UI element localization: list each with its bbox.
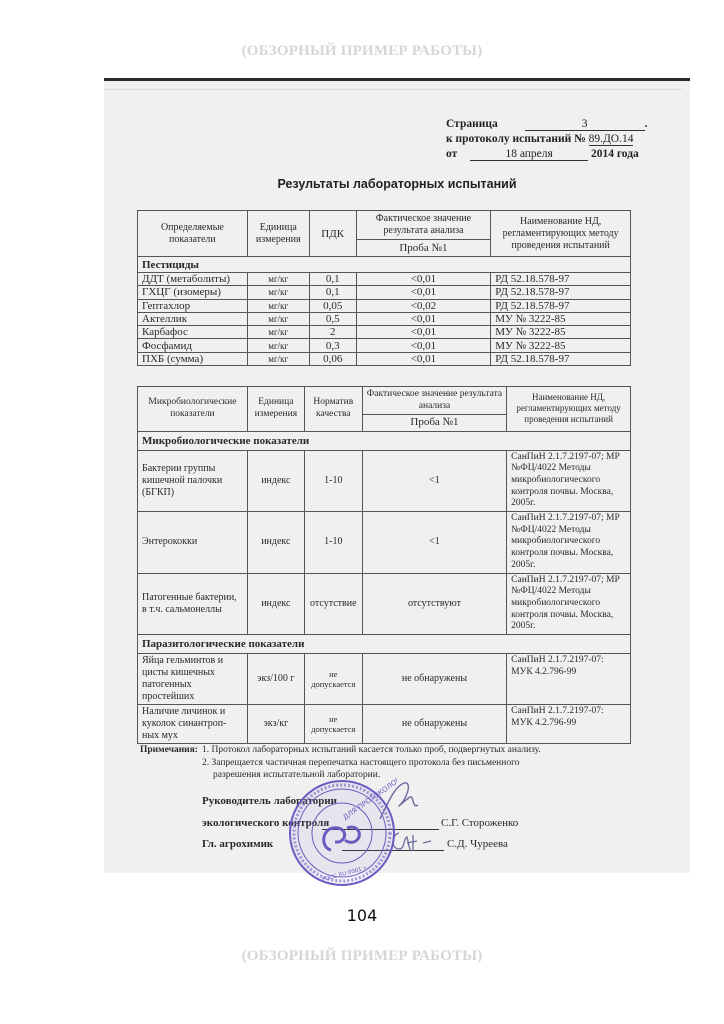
cell-name: Карбафос	[138, 326, 248, 339]
cell-limit: 0,5	[309, 312, 356, 325]
cell-limit: 0,1	[309, 273, 356, 286]
cell-value: <1	[362, 512, 506, 574]
protocol-number: 89.ДО.14	[589, 133, 634, 146]
col-unit: Единица измерения	[247, 211, 309, 257]
cell-norm: 1-10	[304, 512, 362, 574]
cell-unit: индекс	[247, 450, 304, 512]
cell-name: ДДТ (метаболиты)	[138, 273, 248, 286]
page-value: 3	[525, 118, 645, 131]
cell-method: РД 52.18.578-97	[491, 286, 631, 299]
col-method: Наименование НД, регламентирующих методу…	[491, 211, 631, 257]
table-row: Наличие личинок и куколок синантроп-ных …	[138, 705, 631, 744]
watermark-top: (ОБЗОРНЫЙ ПРИМЕР РАБОТЫ)	[0, 43, 724, 60]
notes-label: Примечания:	[140, 744, 198, 757]
cell-unit: мг/кг	[247, 339, 309, 352]
cell-value: <0,01	[356, 273, 491, 286]
col-unit: Единица измерения	[247, 387, 304, 432]
col-indicator: Микробиологические показатели	[138, 387, 248, 432]
cell-name: Бактерии группы кишечной палочки (БГКП)	[138, 450, 248, 512]
cell-unit: индекс	[247, 573, 304, 635]
cell-limit: 2	[309, 326, 356, 339]
cell-value: <0,01	[356, 312, 491, 325]
date-prefix: от	[446, 148, 457, 160]
cell-name: Актеллик	[138, 312, 248, 325]
table-row: Энтерококкииндекс1-10<1СанПиН 2.1.7.2197…	[138, 512, 631, 574]
cell-unit: экз/100 г	[247, 654, 304, 705]
stamp-icon: ДЛЯ ПРОТОКОЛОВ • РОСС RU.0001 •	[287, 778, 397, 888]
scanned-page: Страница 3. к протоколу испытаний № 89.Д…	[104, 78, 690, 873]
cell-method: СанПиН 2.1.7.2197-07: МУК 4.2.796-99	[507, 654, 631, 705]
cell-value: <0,01	[356, 352, 491, 365]
col-indicator: Определяемые показатели	[138, 211, 248, 257]
cell-name: ПХБ (сумма)	[138, 352, 248, 365]
cell-norm: не допускается	[304, 705, 362, 744]
cell-value: <1	[362, 450, 506, 512]
table-row: Карбафосмг/кг2<0,01МУ № 3222-85	[138, 326, 631, 339]
table-row: Фосфамидмг/кг0,3<0,01МУ № 3222-85	[138, 339, 631, 352]
col-sample: Проба №1	[356, 240, 491, 257]
cell-norm: не допускается	[304, 654, 362, 705]
table-row: Патогенные бактерии, в т.ч. сальмонеллыи…	[138, 573, 631, 635]
cell-name: Фосфамид	[138, 339, 248, 352]
cell-unit: мг/кг	[247, 299, 309, 312]
table-row: ДДТ (метаболиты)мг/кг0,1<0,01РД 52.18.57…	[138, 273, 631, 286]
cell-method: СанПиН 2.1.7.2197-07; МР №ФЦ/4022 Методы…	[507, 512, 631, 574]
agro-name: С.Д. Чуреева	[447, 838, 508, 850]
cell-name: ГХЦГ (изомеры)	[138, 286, 248, 299]
group-parasitology: Паразитологические показатели	[138, 635, 631, 654]
cell-method: МУ № 3222-85	[491, 312, 631, 325]
cell-method: МУ № 3222-85	[491, 339, 631, 352]
cell-norm: отсутствие	[304, 573, 362, 635]
page-number: 104	[0, 906, 724, 925]
col-sample: Проба №1	[362, 415, 506, 432]
note-2: 2. Запрещается частичная перепечатка нас…	[202, 757, 602, 770]
cell-value: <0,01	[356, 339, 491, 352]
col-method: Наименование НД, регламентирующих методу…	[507, 387, 631, 432]
cell-value: не обнаружены	[362, 654, 506, 705]
col-limit: ПДК	[309, 211, 356, 257]
cell-name: Энтерококки	[138, 512, 248, 574]
cell-name: Гептахлор	[138, 299, 248, 312]
cell-unit: индекс	[247, 512, 304, 574]
cell-value: не обнаружены	[362, 705, 506, 744]
cell-unit: мг/кг	[247, 286, 309, 299]
table-row: ГХЦГ (изомеры)мг/кг0,1<0,01РД 52.18.578-…	[138, 286, 631, 299]
cell-unit: мг/кг	[247, 352, 309, 365]
cell-name: Наличие личинок и куколок синантроп-ных …	[138, 705, 248, 744]
cell-value: <0,01	[356, 286, 491, 299]
cell-limit: 0,05	[309, 299, 356, 312]
cell-value: отсутствуют	[362, 573, 506, 635]
pesticides-table: Определяемые показатели Единица измерени…	[137, 210, 631, 366]
page-label: Страница	[446, 118, 498, 130]
table-row: ПХБ (сумма)мг/кг0,06<0,01РД 52.18.578-97	[138, 352, 631, 365]
cell-method: РД 52.18.578-97	[491, 299, 631, 312]
col-norm: Норматив качества	[304, 387, 362, 432]
document-title: Результаты лабораторных испытаний	[104, 177, 690, 191]
watermark-bottom: (ОБЗОРНЫЙ ПРИМЕР РАБОТЫ)	[0, 948, 724, 965]
cell-name: Яйца гельминтов и цисты кишечных патоген…	[138, 654, 248, 705]
cell-value: <0,01	[356, 326, 491, 339]
date-value: 18 апреля	[470, 148, 588, 161]
cell-method: СанПиН 2.1.7.2197-07: МУК 4.2.796-99	[507, 705, 631, 744]
cell-method: СанПиН 2.1.7.2197-07; МР №ФЦ/4022 Методы…	[507, 573, 631, 635]
cell-limit: 0,3	[309, 339, 356, 352]
cell-method: РД 52.18.578-97	[491, 352, 631, 365]
table-row: Яйца гельминтов и цисты кишечных патоген…	[138, 654, 631, 705]
agro-title: Гл. агрохимик	[202, 838, 273, 850]
cell-limit: 0,06	[309, 352, 356, 365]
col-actual: Фактическое значение результата анализа	[356, 211, 491, 240]
cell-name: Патогенные бактерии, в т.ч. сальмонеллы	[138, 573, 248, 635]
cell-method: РД 52.18.578-97	[491, 273, 631, 286]
cell-value: <0,02	[356, 299, 491, 312]
table-row: Бактерии группы кишечной палочки (БГКП)и…	[138, 450, 631, 512]
date-year: 2014 года	[591, 148, 639, 160]
group-pesticides: Пестициды	[138, 257, 631, 273]
group-microbiology: Микробиологические показатели	[138, 431, 631, 450]
cell-method: МУ № 3222-85	[491, 326, 631, 339]
cell-unit: мг/кг	[247, 326, 309, 339]
cell-unit: мг/кг	[247, 273, 309, 286]
table-row: Гептахлормг/кг0,05<0,02РД 52.18.578-97	[138, 299, 631, 312]
cell-method: СанПиН 2.1.7.2197-07; МР №ФЦ/4022 Методы…	[507, 450, 631, 512]
table-row: Актелликмг/кг0,5<0,01МУ № 3222-85	[138, 312, 631, 325]
protocol-label: к протоколу испытаний №	[446, 133, 586, 145]
note-1: 1. Протокол лабораторных испытаний касае…	[202, 744, 602, 757]
cell-unit: мг/кг	[247, 312, 309, 325]
col-actual: Фактическое значение результата анализа	[362, 387, 506, 415]
cell-limit: 0,1	[309, 286, 356, 299]
microbiology-table: Микробиологические показатели Единица из…	[137, 386, 631, 744]
protocol-header: Страница 3. к протоколу испытаний № 89.Д…	[446, 117, 646, 162]
head-name: С.Г. Стороженко	[441, 817, 518, 829]
cell-norm: 1-10	[304, 450, 362, 512]
cell-unit: экз/кг	[247, 705, 304, 744]
